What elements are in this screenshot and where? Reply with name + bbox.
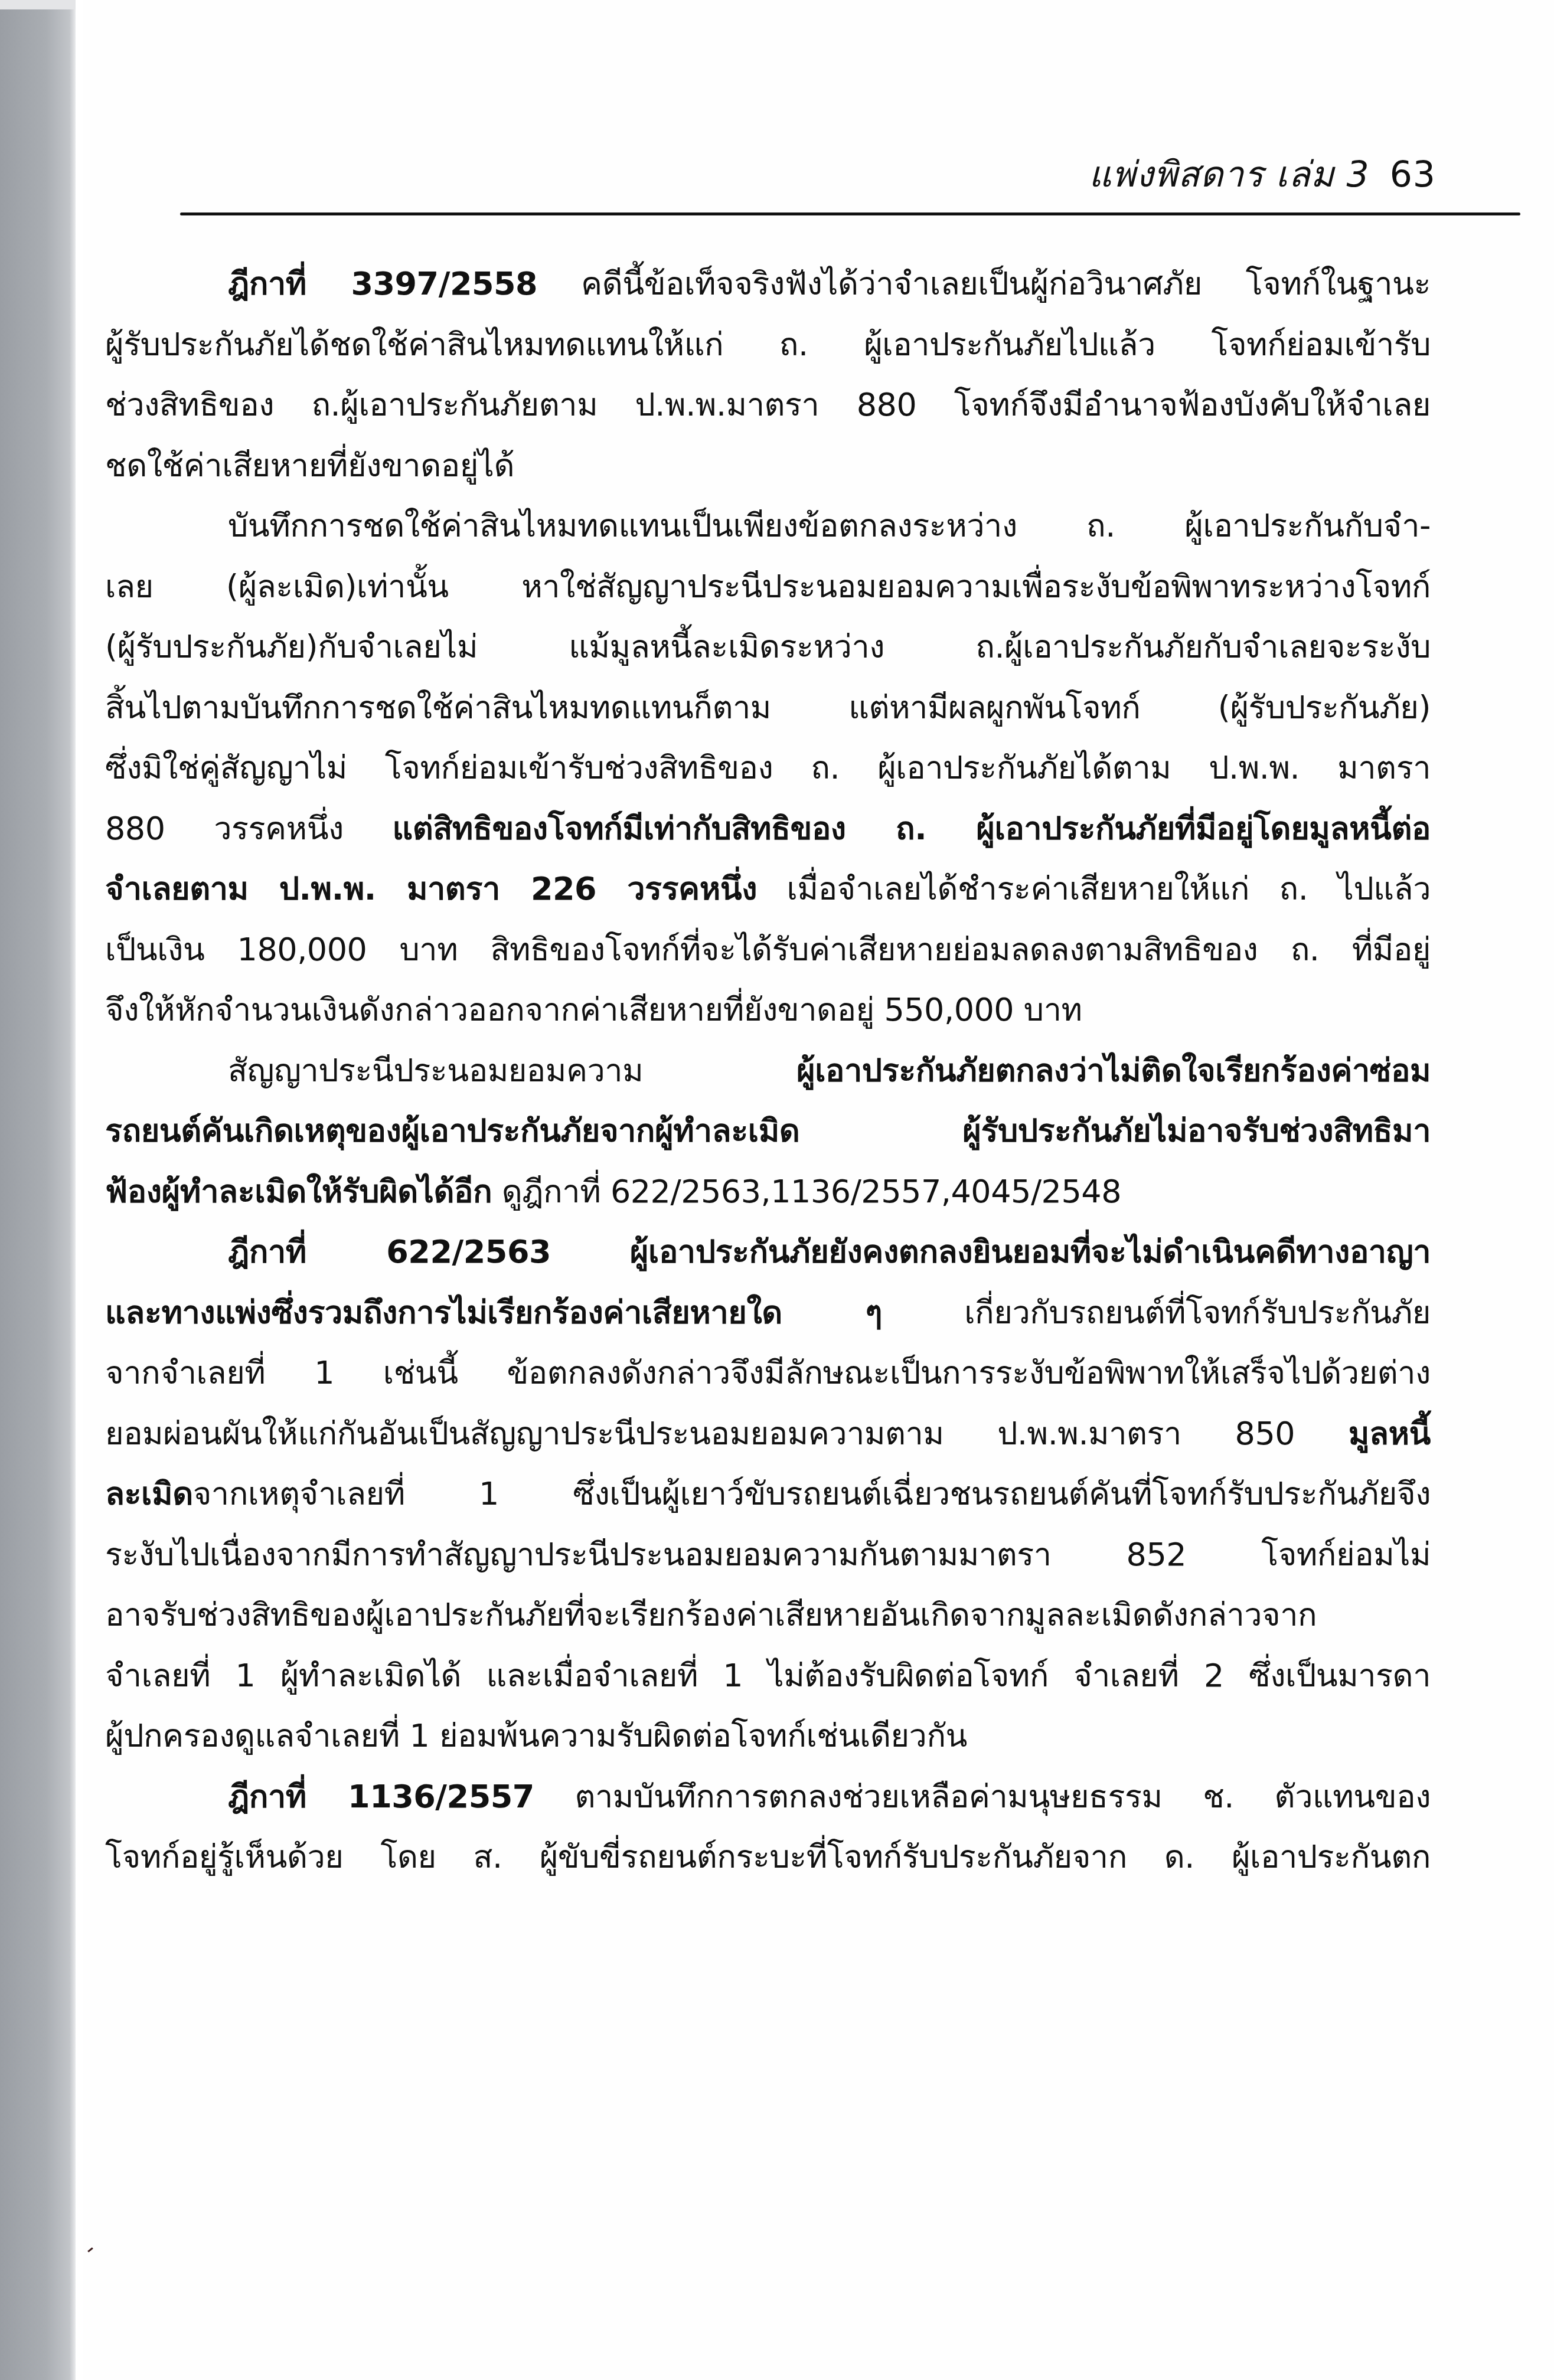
bold-text: ผู้เอาประกันภัยยังคงตกลงยินยอมที่จะไม่ดำ…	[630, 1233, 1431, 1270]
text-span: ตามบันทึกการตกลงช่วยเหลือค่ามนุษยธรรม ช.…	[534, 1778, 1431, 1815]
text-line: ฎีกาที่ 3397/2558 คดีนี้ข้อเท็จจริงฟังได…	[105, 254, 1431, 315]
text-line: และทางแพ่งซึ่งรวมถึงการไม่เรียกร้องค่าเส…	[105, 1283, 1431, 1343]
text-line: ยอมผ่อนผันให้แก่กันอันเป็นสัญญาประนีประน…	[105, 1404, 1431, 1464]
text-line: จำเลยตาม ป.พ.พ. มาตรา 226 วรรคหนึ่ง เมื่…	[105, 859, 1431, 920]
text-span: จำเลยที่ 1 ผู้ทำละเมิดได้ และเมื่อจำเลยท…	[105, 1657, 1431, 1694]
body-text: ฎีกาที่ 3397/2558 คดีนี้ข้อเท็จจริงฟังได…	[105, 254, 1431, 1888]
text-span: จากเหตุจำเลยที่ 1 ซึ่งเป็นผู้เยาว์ขับรถย…	[193, 1475, 1431, 1512]
bold-text: ฎีกาที่ 622/2563	[228, 1233, 551, 1270]
text-line: ซึ่งมิใช่คู่สัญญาไม่ โจทก์ย่อมเข้ารับช่ว…	[105, 738, 1431, 799]
book-spine-shadow	[0, 0, 76, 2380]
text-line: อาจรับช่วงสิทธิของผู้เอาประกันภัยที่จะเร…	[105, 1585, 1431, 1646]
text-line: ชดใช้ค่าเสียหายที่ยังขาดอยู่ได้	[105, 436, 1431, 496]
text-line: บันทึกการชดใช้ค่าสินไหมทดแทนเป็นเพียงข้อ…	[105, 496, 1431, 557]
text-span: เลย (ผู้ละเมิด)เท่านั้น หาใช่สัญญาประนีป…	[105, 568, 1431, 605]
text-line: เลย (ผู้ละเมิด)เท่านั้น หาใช่สัญญาประนีป…	[105, 557, 1431, 617]
bold-text: มูลหนี้	[1349, 1415, 1431, 1452]
text-span: เมื่อจำเลยได้ชำระค่าเสียหายให้แก่ ถ. ไปแ…	[757, 870, 1431, 907]
text-line: ฎีกาที่ 1136/2557 ตามบันทึกการตกลงช่วยเห…	[105, 1767, 1431, 1827]
scan-edge	[0, 0, 76, 9]
text-span: ซึ่งมิใช่คู่สัญญาไม่ โจทก์ย่อมเข้ารับช่ว…	[105, 749, 1431, 786]
text-span: สิ้นไปตามบันทึกการชดใช้ค่าสินไหมทดแทนก็ต…	[105, 689, 1431, 726]
bold-text: ฎีกาที่ 1136/2557	[228, 1778, 534, 1815]
text-span: เป็นเงิน 180,000 บาท สิทธิของโจทก์ที่จะไ…	[105, 931, 1431, 968]
text-line: สัญญาประนีประนอมยอมความ ผู้เอาประกันภัยต…	[105, 1041, 1431, 1101]
text-span: คดีนี้ข้อเท็จจริงฟังได้ว่าจำเลยเป็นผู้ก่…	[537, 265, 1431, 302]
text-line: ช่วงสิทธิของ ถ.ผู้เอาประกันภัยตาม ป.พ.พ.…	[105, 375, 1431, 436]
book-title: แพ่งพิสดาร เล่ม 3	[1089, 146, 1370, 202]
bold-text: และทางแพ่งซึ่งรวมถึงการไม่เรียกร้องค่าเส…	[105, 1294, 882, 1331]
bold-text: ผู้เอาประกันภัยตกลงว่าไม่ติดใจเรียกร้องค…	[796, 1052, 1431, 1089]
bold-text: ฟ้องผู้ทำละเมิดให้รับผิดได้อีก	[105, 1173, 492, 1210]
text-span: จากจำเลยที่ 1 เช่นนี้ ข้อตกลงดังกล่าวจึง…	[105, 1354, 1431, 1391]
text-line: จากจำเลยที่ 1 เช่นนี้ ข้อตกลงดังกล่าวจึง…	[105, 1343, 1431, 1404]
text-span: ผู้รับประกันภัยได้ชดใช้ค่าสินไหมทดแทนให้…	[105, 326, 1431, 363]
text-line: ฟ้องผู้ทำละเมิดให้รับผิดได้อีก ดูฎีกาที่…	[105, 1162, 1431, 1222]
text-span: บันทึกการชดใช้ค่าสินไหมทดแทนเป็นเพียงข้อ…	[228, 507, 1431, 544]
text-span: (ผู้รับประกันภัย)กับจำเลยไม่ แม้มูลหนี้ล…	[105, 628, 1431, 665]
text-line: ระงับไปเนื่องจากมีการทำสัญญาประนีประนอมย…	[105, 1525, 1431, 1585]
text-line: ผู้ปกครองดูแลจำเลยที่ 1 ย่อมพ้นความรับผิ…	[105, 1706, 1431, 1767]
text-line: สิ้นไปตามบันทึกการชดใช้ค่าสินไหมทดแทนก็ต…	[105, 678, 1431, 738]
bold-text: แต่สิทธิของโจทก์มีเท่ากับสิทธิของ ถ. ผู้…	[393, 810, 1431, 847]
text-span: สัญญาประนีประนอมยอมความ	[228, 1052, 796, 1089]
text-span: อาจรับช่วงสิทธิของผู้เอาประกันภัยที่จะเร…	[105, 1596, 1317, 1633]
text-span	[551, 1233, 630, 1270]
bold-text: ฎีกาที่ 3397/2558	[228, 265, 537, 302]
text-line: จำเลยที่ 1 ผู้ทำละเมิดได้ และเมื่อจำเลยท…	[105, 1646, 1431, 1706]
bold-text: ละเมิด	[105, 1475, 193, 1512]
text-line: 880 วรรคหนึ่ง แต่สิทธิของโจทก์มีเท่ากับส…	[105, 799, 1431, 859]
text-span: โจทก์อยู่รู้เห็นด้วย โดย ส. ผู้ขับขี่รถย…	[105, 1838, 1431, 1875]
text-line: เป็นเงิน 180,000 บาท สิทธิของโจทก์ที่จะไ…	[105, 920, 1431, 980]
text-span: ชดใช้ค่าเสียหายที่ยังขาดอยู่ได้	[105, 447, 514, 484]
page-number: 63	[1390, 154, 1436, 195]
text-line: ละเมิดจากเหตุจำเลยที่ 1 ซึ่งเป็นผู้เยาว์…	[105, 1464, 1431, 1525]
text-line: รถยนต์คันเกิดเหตุของผู้เอาประกันภัยจากผู…	[105, 1101, 1431, 1162]
text-span: ระงับไปเนื่องจากมีการทำสัญญาประนีประนอมย…	[105, 1536, 1431, 1573]
text-line: จึงให้หักจำนวนเงินดังกล่าวออกจากค่าเสียห…	[105, 980, 1431, 1041]
bold-text: รถยนต์คันเกิดเหตุของผู้เอาประกันภัยจากผู…	[105, 1112, 1431, 1149]
text-span: ผู้ปกครองดูแลจำเลยที่ 1 ย่อมพ้นความรับผิ…	[105, 1717, 967, 1754]
text-span: 880 วรรคหนึ่ง	[105, 810, 393, 847]
text-span: เกี่ยวกับรถยนต์ที่โจทก์รับประกันภัย	[882, 1294, 1431, 1331]
text-line: (ผู้รับประกันภัย)กับจำเลยไม่ แม้มูลหนี้ล…	[105, 617, 1431, 678]
text-span: ดูฎีกาที่ 622/2563,1136/2557,4045/2548	[492, 1173, 1121, 1210]
text-line: โจทก์อยู่รู้เห็นด้วย โดย ส. ผู้ขับขี่รถย…	[105, 1827, 1431, 1888]
text-span: ช่วงสิทธิของ ถ.ผู้เอาประกันภัยตาม ป.พ.พ.…	[105, 386, 1431, 423]
header-rule	[180, 212, 1520, 215]
text-line: ผู้รับประกันภัยได้ชดใช้ค่าสินไหมทดแทนให้…	[105, 315, 1431, 375]
text-span: ยอมผ่อนผันให้แก่กันอันเป็นสัญญาประนีประน…	[105, 1415, 1349, 1452]
text-span: จึงให้หักจำนวนเงินดังกล่าวออกจากค่าเสียห…	[105, 991, 1082, 1028]
bold-text: จำเลยตาม ป.พ.พ. มาตรา 226 วรรคหนึ่ง	[105, 870, 757, 907]
text-line: ฎีกาที่ 622/2563 ผู้เอาประกันภัยยังคงตกล…	[105, 1222, 1431, 1283]
running-header: แพ่งพิสดาร เล่ม 3 63	[1089, 146, 1436, 202]
